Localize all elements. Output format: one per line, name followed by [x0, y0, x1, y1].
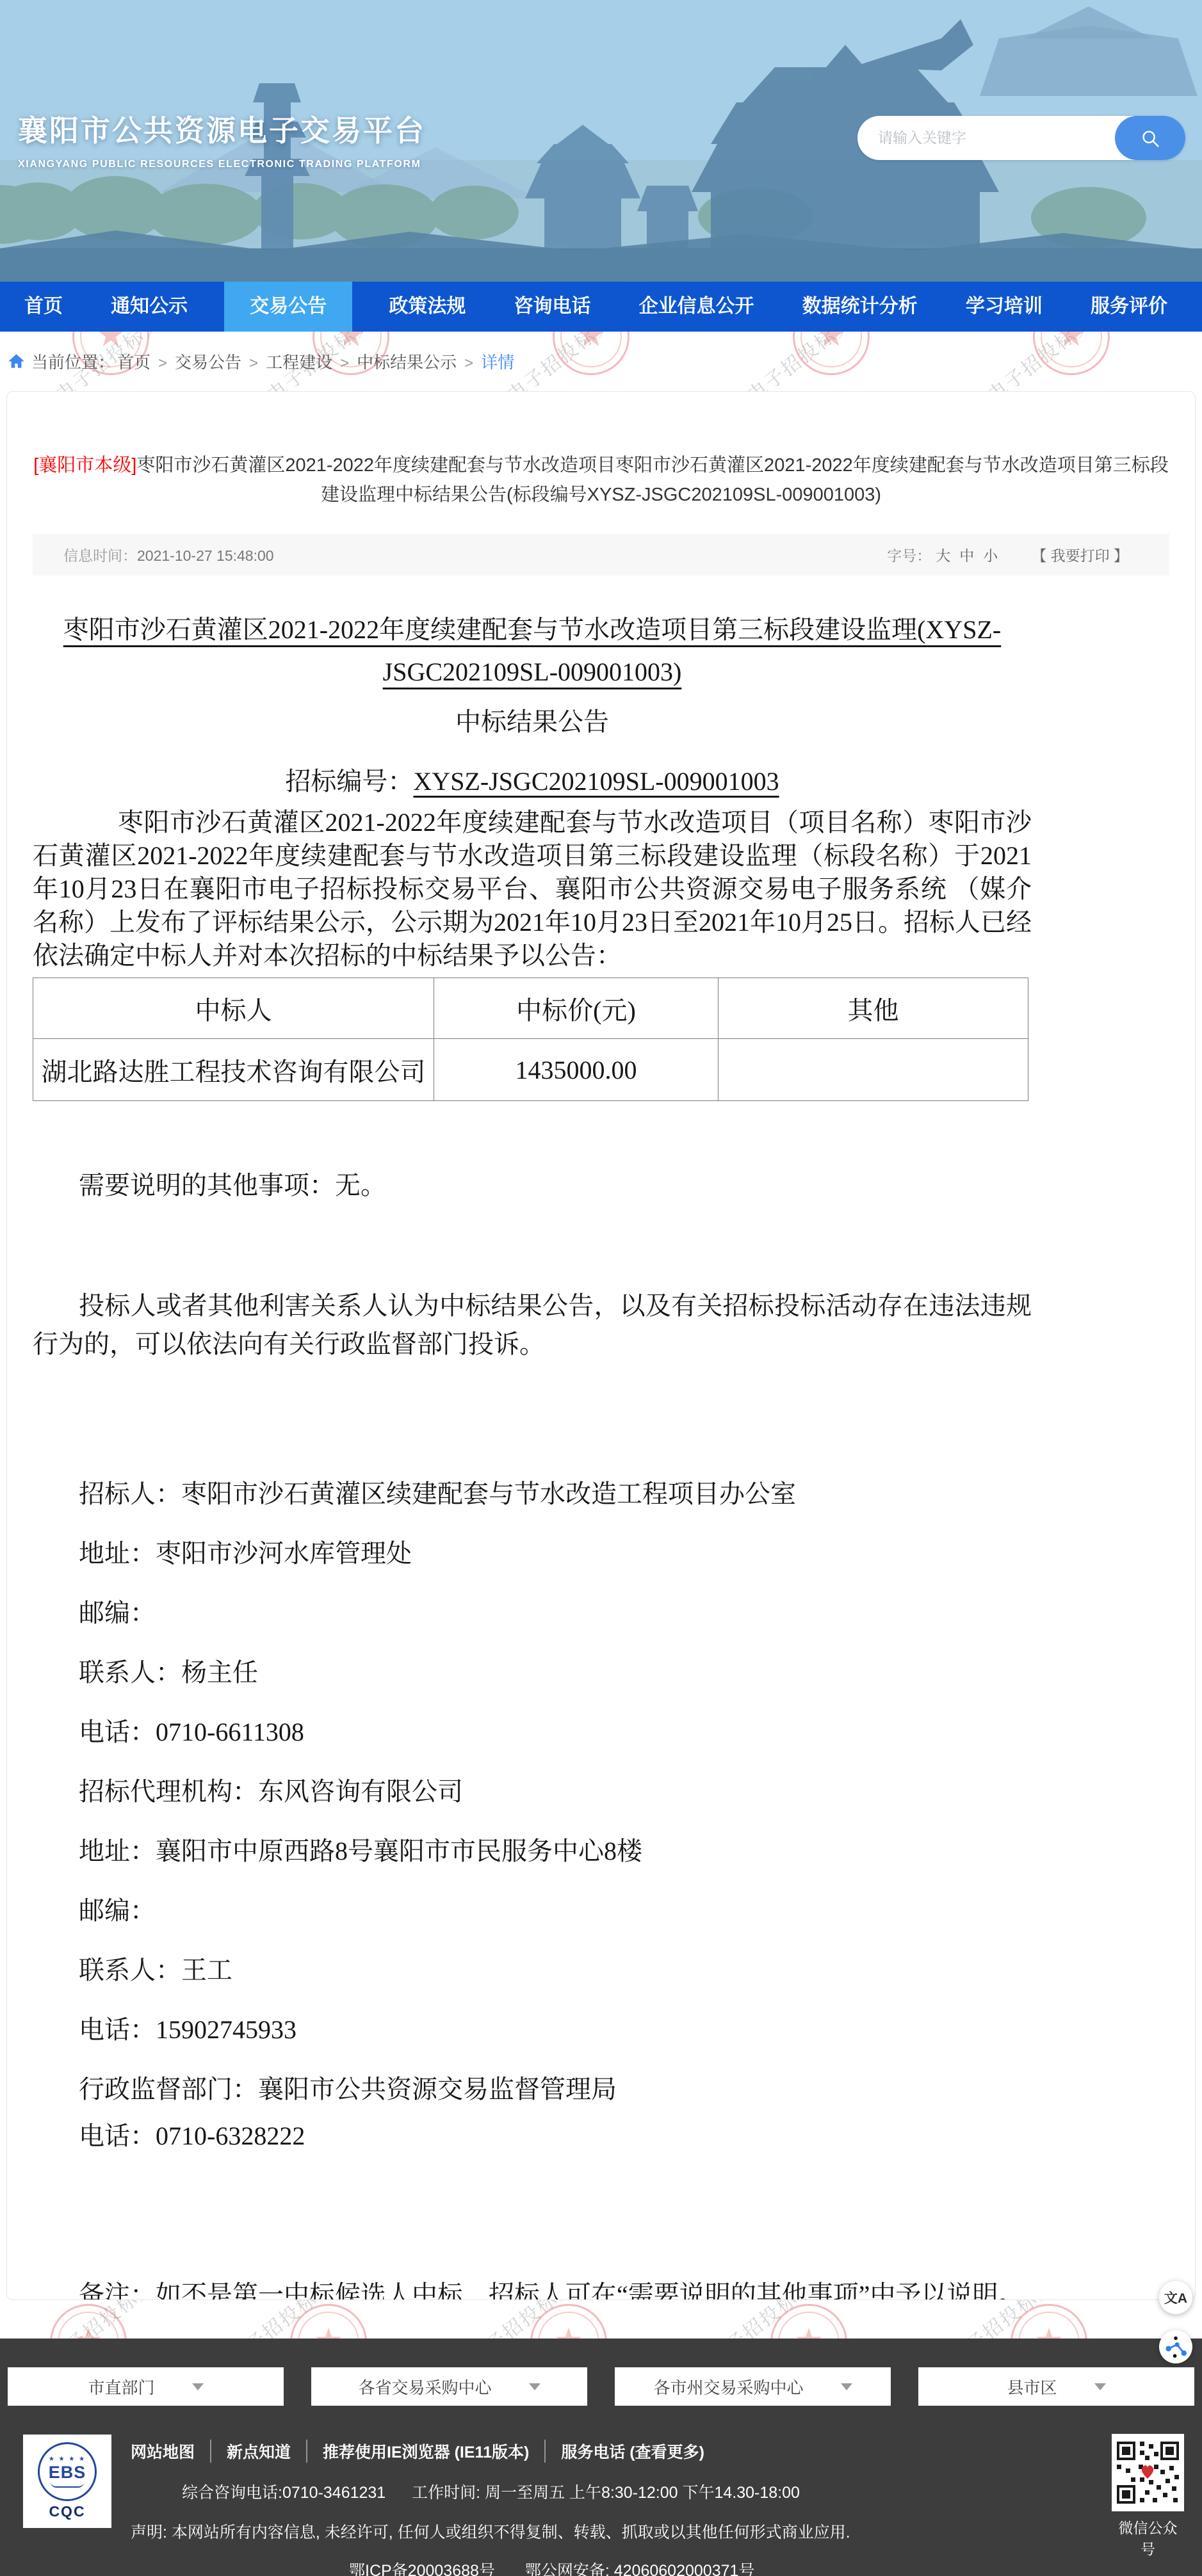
footer-links: 网站地图 新点知道 推荐使用IE浏览器 (IE11版本) 服务电话 (查看更多): [131, 2440, 850, 2463]
contact-line-phone2: 电话：15902745933: [33, 2013, 1032, 2047]
footer-link-sitemap[interactable]: 网站地图: [131, 2440, 211, 2463]
contact-line-supervisor: 行政监督部门：襄阳市公共资源交易监督管理局: [33, 2073, 1032, 2106]
chevron-down-icon: [1094, 2383, 1106, 2390]
nav-item-statistics[interactable]: 数据统计分析: [791, 282, 929, 332]
breadcrumb-strip: 襄阳市电子招投标交易平台 襄阳市电子招投标交易平台 襄阳市电子招投标交易平台 襄…: [0, 332, 1202, 391]
nav-item-consult-phone[interactable]: 咨询电话: [503, 282, 603, 332]
col-header-winner: 中标人: [33, 978, 434, 1039]
content-panel: [襄阳市本级]枣阳市沙石黄灌区2021-2022年度续建配套与节水改造项目枣阳市…: [6, 391, 1196, 2300]
footer-text-block: 网站地图 新点知道 推荐使用IE浏览器 (IE11版本) 服务电话 (查看更多)…: [131, 2440, 850, 2576]
notice-title: 中标结果公告: [33, 704, 1032, 741]
bid-number-line: 招标编号：XYSZ-JSGC202109SL-009001003: [33, 765, 1032, 798]
breadcrumb-detail: 详情: [481, 350, 514, 373]
footer-worktime: 工作时间: 周一至周五 上午8:30-12:00 下午14.30-18:00: [412, 2484, 800, 2502]
watermark-strip: 襄阳市电子招投标交易平台 襄阳市电子招投标交易平台 襄阳市电子招投标交易平台 襄…: [0, 2300, 1202, 2339]
col-header-price: 中标价(元): [434, 978, 719, 1039]
wechat-qr-code: [1112, 2434, 1184, 2511]
table-header-row: 中标人 中标价(元) 其他: [33, 978, 1028, 1039]
share-network-icon: [1165, 2336, 1187, 2358]
watermark-text: 襄阳市电子招投标交易平台: [0, 2300, 210, 2339]
footer-link-browser[interactable]: 推荐使用IE浏览器 (IE11版本): [307, 2440, 546, 2463]
remark-line: 备注：如不是第一中标候选人中标，招标人可在“需要说明的其他事项”中予以说明。: [33, 2278, 1032, 2300]
search-icon: [1138, 126, 1162, 150]
footer-link-service-phone[interactable]: 服务电话 (查看更多): [546, 2440, 720, 2463]
page-title: [襄阳市本级]枣阳市沙石黄灌区2021-2022年度续建配套与节水改造项目枣阳市…: [33, 451, 1169, 510]
logo-cqc-text: CQC: [49, 2503, 85, 2520]
contact-line-address2: 地址：襄阳市中原西路8号襄阳市市民服务中心8楼: [33, 1835, 1032, 1868]
contact-line-zip1: 邮编：: [33, 1597, 1032, 1630]
select-label: 各市州交易采购中心: [653, 2375, 803, 2399]
ebs-cqc-logo: ★ ★ ★ ★ EBS CQC: [23, 2435, 111, 2528]
announcement-paragraph: 枣阳市沙石黄灌区2021-2022年度续建配套与节水改造项目（项目名称）枣阳市沙…: [33, 806, 1032, 972]
document-title: 枣阳市沙石黄灌区2021-2022年度续建配套与节水改造项目第三标段建设监理(X…: [33, 609, 1032, 693]
print-button[interactable]: 【 我要打印 】: [1032, 544, 1128, 565]
info-bar-tools: 字号： 大 中 小 【 我要打印 】: [887, 544, 1128, 565]
contact-line-tenderer: 招标人：枣阳市沙石黄灌区续建配套与节水改造工程项目办公室: [33, 1477, 1032, 1511]
nav-item-home[interactable]: 首页: [13, 282, 74, 332]
contact-line-address1: 地址：枣阳市沙河水库管理处: [33, 1537, 1032, 1570]
contact-line-agency: 招标代理机构：东风咨询有限公司: [33, 1775, 1032, 1808]
complaint-paragraph: 投标人或者其他利害关系人认为中标结果公告，以及有关招标投标活动存在违法违规行为的…: [33, 1287, 1032, 1364]
site-logo: 襄阳市公共资源电子交易平台 XIANGYANG PUBLIC RESOURCES…: [18, 108, 426, 170]
article-body: 枣阳市沙石黄灌区2021-2022年度续建配套与节水改造项目第三标段建设监理(X…: [33, 609, 1032, 2300]
chevron-down-icon: [529, 2383, 540, 2390]
select-label: 县市区: [1007, 2375, 1057, 2399]
chevron-down-icon: [841, 2383, 852, 2390]
site-subtitle: XIANGYANG PUBLIC RESOURCES ELECTRONIC TR…: [18, 159, 426, 170]
nav-item-training[interactable]: 学习培训: [954, 282, 1054, 332]
bid-number-value: XYSZ-JSGC202109SL-009001003: [413, 767, 779, 796]
nav-item-enterprise-info[interactable]: 企业信息公开: [628, 282, 766, 332]
footer: 市直部门 各省交易采购中心 各市州交易采购中心 县市区 ★ ★ ★ ★ EBS …: [0, 2339, 1202, 2576]
footer-police-record: 鄂公网安备: 42060602000371号: [525, 2562, 755, 2576]
share-button[interactable]: [1159, 2330, 1192, 2363]
contact-line-phone3: 电话：0710-6328222: [33, 2120, 1032, 2153]
footer-statement: 声明: 本网站所有内容信息, 未经许可, 任何人或组织不得复制、转载、抓取或以其…: [131, 2520, 850, 2543]
nav-item-notices[interactable]: 通知公示: [99, 282, 199, 332]
nav-item-policies[interactable]: 政策法规: [377, 282, 477, 332]
qr-code-image: [1117, 2442, 1179, 2504]
logo-arc: [51, 2482, 84, 2488]
footer-hotline-row: 综合咨询电话:0710-3461231 工作时间: 周一至周五 上午8:30-1…: [182, 2480, 850, 2503]
chevron-down-icon: [192, 2383, 204, 2390]
select-prefecture-centers[interactable]: 各市州交易采购中心: [615, 2367, 891, 2406]
qr-caption: 微信公众号: [1112, 2516, 1184, 2559]
footer-registration-row: 鄂ICP备20003688号 鄂公网安备: 42060602000371号: [349, 2558, 850, 2576]
search-input[interactable]: [877, 129, 1115, 147]
breadcrumb-label: 当前位置：: [31, 350, 115, 373]
logo-ebs-text: EBS: [49, 2463, 86, 2482]
region-tag: [襄阳市本级]: [33, 455, 136, 476]
result-table: 中标人 中标价(元) 其他 湖北路达胜工程技术咨询有限公司 1435000.00: [33, 978, 1028, 1101]
footer-link-xindian[interactable]: 新点知道: [211, 2440, 307, 2463]
font-size-medium[interactable]: 中: [959, 544, 974, 565]
publish-time-label: 信息时间：: [63, 547, 137, 564]
page: { "site": { "name": "襄阳市公共资源电子交易平台", "na…: [0, 0, 1202, 2576]
select-city-departments[interactable]: 市直部门: [8, 2367, 284, 2406]
translate-button[interactable]: 文A: [1159, 2281, 1192, 2314]
font-size-small[interactable]: 小: [983, 544, 998, 565]
page-title-text: 枣阳市沙石黄灌区2021-2022年度续建配套与节水改造项目枣阳市沙石黄灌区20…: [136, 455, 1168, 505]
cell-winner: 湖北路达胜工程技术咨询有限公司: [33, 1039, 434, 1101]
other-matters-note: 需要说明的其他事项：无。: [33, 1169, 1032, 1202]
cell-price: 1435000.00: [434, 1039, 719, 1101]
breadcrumb-construction[interactable]: 工程建设: [266, 350, 357, 373]
nav-item-trade-announcements[interactable]: 交易公告: [224, 282, 352, 332]
font-size-large[interactable]: 大: [936, 544, 950, 565]
header-banner: 襄阳市公共资源电子交易平台 XIANGYANG PUBLIC RESOURCES…: [0, 0, 1202, 282]
cell-other: [719, 1039, 1028, 1101]
select-label: 市直部门: [88, 2375, 154, 2399]
publish-time: 信息时间：2021-10-27 15:48:00: [63, 544, 274, 565]
contact-line-phone1: 电话：0710-6611308: [33, 1716, 1032, 1749]
contact-line-zip2: 邮编：: [33, 1894, 1032, 1928]
bid-number-label: 招标编号：: [285, 767, 413, 796]
col-header-other: 其他: [719, 978, 1028, 1039]
footer-hotline: 综合咨询电话:0710-3461231: [182, 2484, 386, 2502]
contact-line-person1: 联系人：杨主任: [33, 1656, 1032, 1689]
home-icon: [8, 353, 25, 370]
ebs-emblem: ★ ★ ★ ★ EBS: [38, 2442, 97, 2501]
breadcrumb-trade[interactable]: 交易公告: [175, 350, 266, 373]
site-title: 襄阳市公共资源电子交易平台: [18, 108, 426, 150]
main-nav: 首页 通知公示 交易公告 政策法规 咨询电话 企业信息公开 数据统计分析 学习培…: [0, 282, 1202, 332]
breadcrumb-result[interactable]: 中标结果公示: [357, 350, 481, 373]
nav-item-service-eval[interactable]: 服务评价: [1079, 282, 1179, 332]
translate-icon: 文A: [1164, 2288, 1187, 2307]
font-size-label: 字号：: [887, 544, 931, 565]
search-button[interactable]: [1115, 116, 1185, 160]
search-bar: [857, 116, 1185, 160]
select-province-centers[interactable]: 各省交易采购中心: [311, 2367, 587, 2406]
table-row: 湖北路达胜工程技术咨询有限公司 1435000.00: [33, 1039, 1028, 1101]
footer-link-selects: 市直部门 各省交易采购中心 各市州交易采购中心 县市区: [8, 2367, 1194, 2406]
logo-stars: ★ ★ ★ ★: [49, 2456, 86, 2463]
info-bar: 信息时间：2021-10-27 15:48:00 字号： 大 中 小 【 我要打…: [33, 534, 1169, 576]
breadcrumb-home[interactable]: 首页: [117, 350, 175, 373]
contact-line-person2: 联系人：王工: [33, 1954, 1032, 1987]
breadcrumb: 当前位置： 首页 交易公告 工程建设 中标结果公示 详情: [0, 332, 1202, 391]
select-counties[interactable]: 县市区: [918, 2367, 1194, 2406]
select-label: 各省交易采购中心: [358, 2375, 491, 2399]
footer-icp: 鄂ICP备20003688号: [349, 2562, 495, 2576]
publish-time-value: 2021-10-27 15:48:00: [137, 547, 274, 564]
